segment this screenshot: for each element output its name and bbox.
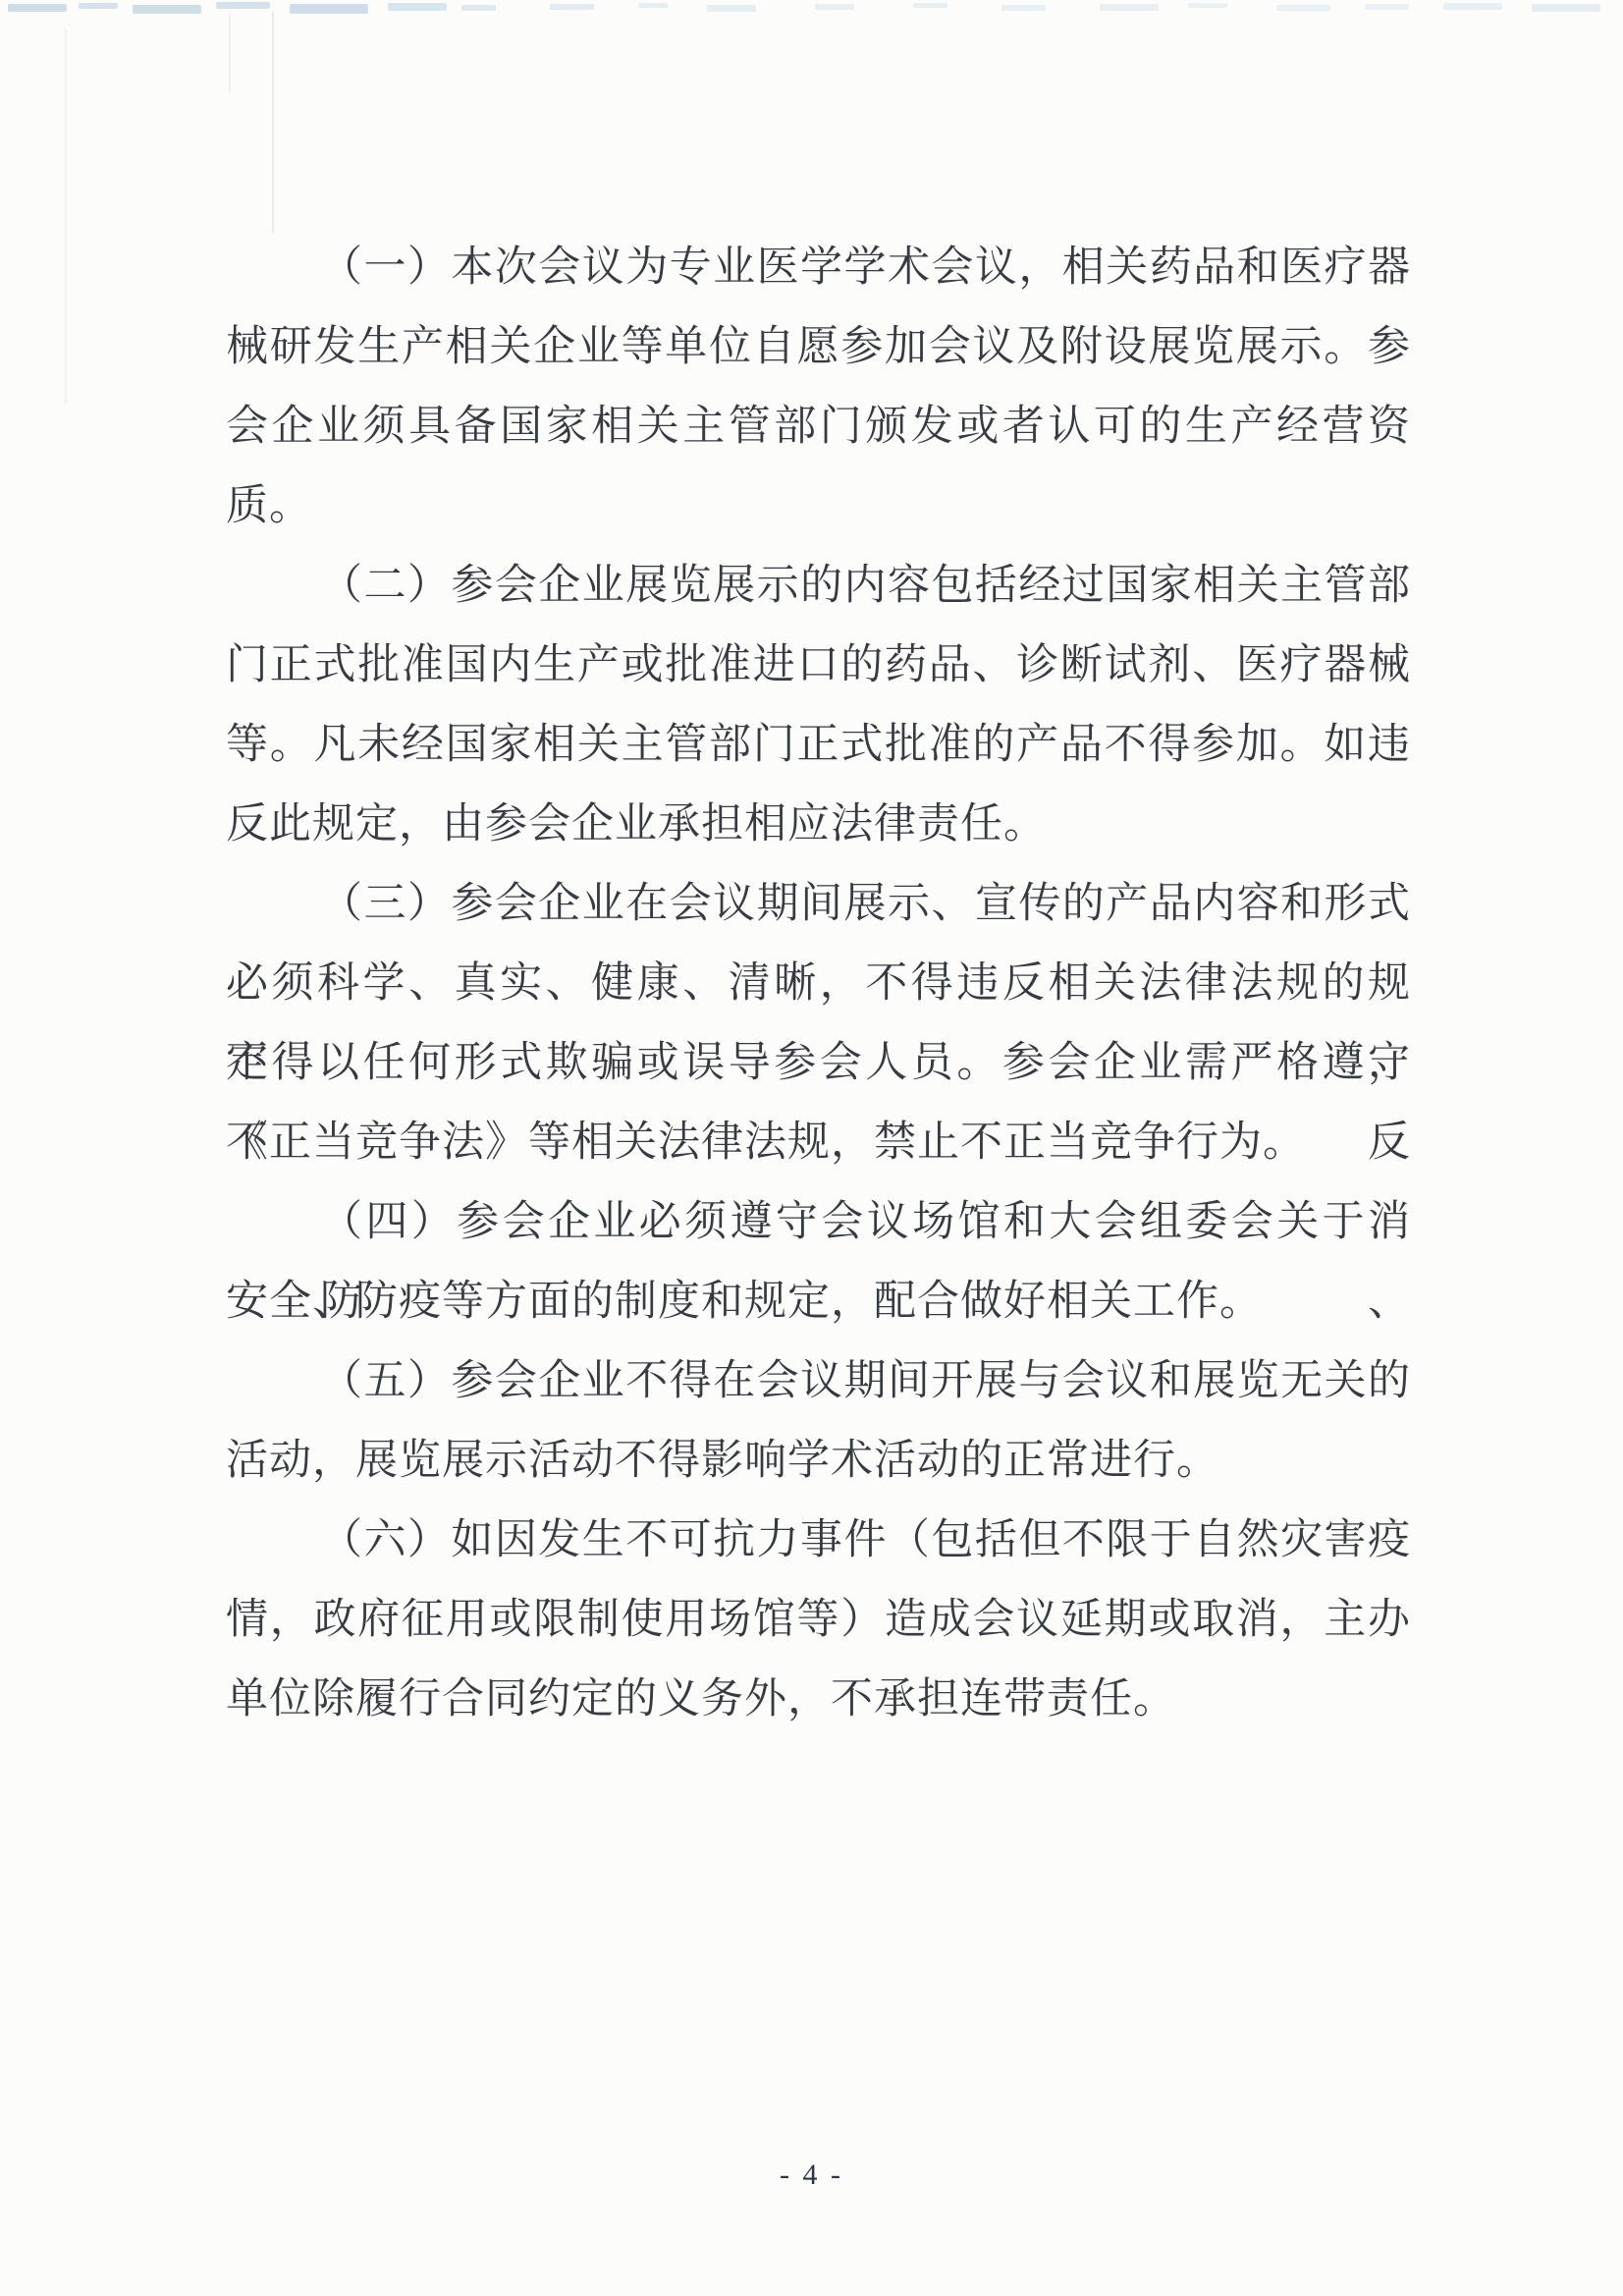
text-line: 反此规定，由参会企业承担相应法律责任。 [226,785,1411,864]
text-line: 必须科学、真实、健康、清晰，不得违反相关法律法规的规定， [226,944,1411,1023]
text-line: 情，政府征用或限制使用场馆等）造成会议延期或取消，主办 [226,1580,1411,1660]
text-line: （二）参会企业展览展示的内容包括经过国家相关主管部 [226,546,1411,626]
text-line: （三）参会企业在会议期间展示、宣传的产品内容和形式 [226,864,1411,944]
text-line: （四）参会企业必须遵守会议场馆和大会组委会关于消防、 [226,1182,1411,1262]
text-line: （一）本次会议为专业医学学术会议，相关药品和医疗器 [226,228,1411,307]
text-line: 活动，展览展示活动不得影响学术活动的正常进行。 [226,1421,1411,1501]
text-line: 会企业须具备国家相关主管部门颁发或者认可的生产经营资 [226,387,1411,466]
document-page: （一）本次会议为专业医学学术会议，相关药品和医疗器械研发生产相关企业等单位自愿参… [0,0,1623,2296]
text-line: 质。 [226,466,1411,546]
scan-noise-band [0,0,1623,26]
text-line: （六）如因发生不可抗力事件（包括但不限于自然灾害疫 [226,1501,1411,1580]
text-line: 安全、防疫等方面的制度和规定，配合做好相关工作。 [226,1262,1411,1341]
scan-streak [229,14,231,92]
text-line: （五）参会企业不得在会议期间开展与会议和展览无关的 [226,1341,1411,1421]
document-body: （一）本次会议为专业医学学术会议，相关药品和医疗器械研发生产相关企业等单位自愿参… [226,228,1411,1739]
text-line: 不得以任何形式欺骗或误导参会人员。参会企业需严格遵守《反 [226,1023,1411,1103]
text-line: 械研发生产相关企业等单位自愿参加会议及附设展览展示。参 [226,307,1411,387]
text-line: 等。凡未经国家相关主管部门正式批准的产品不得参加。如违 [226,705,1411,785]
text-line: 不正当竞争法》等相关法律法规，禁止不正当竞争行为。 [226,1103,1411,1182]
text-line: 门正式批准国内生产或批准进口的药品、诊断试剂、医疗器械 [226,626,1411,705]
page-number: - 4 - [0,2159,1623,2192]
scan-streak [272,12,274,233]
scan-streak [65,29,67,403]
text-line: 单位除履行合同约定的义务外，不承担连带责任。 [226,1660,1411,1739]
